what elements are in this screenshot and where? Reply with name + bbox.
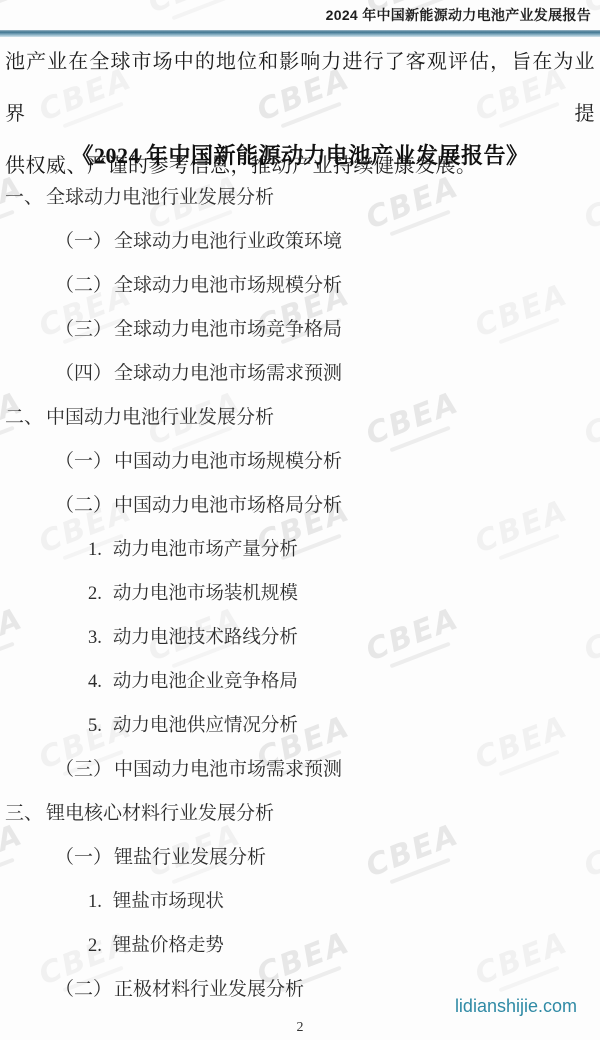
toc-item: （一）中国动力电池市场规模分析 [0, 450, 600, 474]
toc-item: （二）中国动力电池市场格局分析 [0, 494, 600, 518]
toc-item: （三）中国动力电池市场需求预测 [0, 758, 600, 782]
toc-marker: （三） [55, 319, 112, 340]
toc-marker: （二） [55, 495, 112, 516]
toc-item: 5.动力电池供应情况分析 [0, 714, 600, 738]
toc-title: 全球动力电池市场规模分析 [114, 275, 342, 296]
toc-marker: （一） [55, 847, 112, 868]
toc-marker: （二） [55, 275, 112, 296]
toc-title: 动力电池企业竞争格局 [113, 672, 298, 692]
toc-marker: （三） [55, 759, 112, 780]
toc-title: 中国动力电池行业发展分析 [46, 407, 274, 428]
toc-marker: （一） [55, 451, 112, 472]
toc-item: （四）全球动力电池市场需求预测 [0, 362, 600, 386]
page-content: 2024 年中国新能源动力电池产业发展报告 池产业在全球市场中的地位和影响力进行… [0, 0, 600, 1040]
toc-title: 全球动力电池市场需求预测 [114, 363, 342, 384]
toc-marker: 4. [88, 672, 102, 692]
toc-title: 动力电池供应情况分析 [113, 716, 298, 736]
toc-marker: 1. [88, 540, 102, 560]
page-number: 2 [0, 1020, 600, 1036]
toc-title: 动力电池市场装机规模 [113, 584, 298, 604]
toc-marker: 3. [88, 628, 102, 648]
toc-item: （三）全球动力电池市场竞争格局 [0, 318, 600, 342]
toc-title: 中国动力电池市场格局分析 [114, 495, 342, 516]
toc-item: 2.锂盐价格走势 [0, 934, 600, 958]
toc-item: 一、全球动力电池行业发展分析 [0, 186, 600, 210]
toc-marker: （四） [55, 363, 112, 384]
toc-title: 锂盐市场现状 [113, 892, 224, 912]
page-header-title: 2024 年中国新能源动力电池产业发展报告 [326, 5, 591, 25]
document-page: CBEACBEACBEACBEACBEACBEACBEACBEACBEACBEA… [0, 0, 600, 1040]
toc-title: 锂盐价格走势 [113, 936, 224, 956]
table-of-contents: 一、全球动力电池行业发展分析（一）全球动力电池行业政策环境（二）全球动力电池市场… [0, 186, 600, 1022]
document-title: 《2024 年中国新能源动力电池产业发展报告》 [0, 139, 600, 170]
toc-item: （二）全球动力电池市场规模分析 [0, 274, 600, 298]
toc-title: 动力电池市场产量分析 [113, 540, 298, 560]
toc-item: 4.动力电池企业竞争格局 [0, 670, 600, 694]
toc-title: 全球动力电池行业发展分析 [46, 187, 274, 208]
toc-marker: 1. [88, 892, 102, 912]
toc-item: 1.动力电池市场产量分析 [0, 538, 600, 562]
toc-marker: （二） [55, 979, 112, 1000]
intro-line-1: 池产业在全球市场中的地位和影响力进行了客观评估，旨在为业界提 [5, 36, 595, 140]
toc-marker: 2. [88, 936, 102, 956]
toc-title: 正极材料行业发展分析 [114, 979, 304, 1000]
toc-item: 3.动力电池技术路线分析 [0, 626, 600, 650]
toc-title: 中国动力电池市场需求预测 [114, 759, 342, 780]
toc-marker: 一、 [5, 187, 43, 208]
toc-marker: 2. [88, 584, 102, 604]
toc-marker: 三、 [5, 803, 43, 824]
toc-title: 中国动力电池市场规模分析 [114, 451, 342, 472]
toc-item: 1.锂盐市场现状 [0, 890, 600, 914]
site-link[interactable]: lidianshijie.com [455, 996, 577, 1017]
toc-item: （一）全球动力电池行业政策环境 [0, 230, 600, 254]
toc-item: （一）锂盐行业发展分析 [0, 846, 600, 870]
toc-title: 锂电核心材料行业发展分析 [46, 803, 274, 824]
toc-item: 2.动力电池市场装机规模 [0, 582, 600, 606]
toc-marker: （一） [55, 231, 112, 252]
toc-marker: 二、 [5, 407, 43, 428]
toc-title: 动力电池技术路线分析 [113, 628, 298, 648]
toc-title: 全球动力电池市场竞争格局 [114, 319, 342, 340]
toc-marker: 5. [88, 716, 102, 736]
toc-title: 全球动力电池行业政策环境 [114, 231, 342, 252]
toc-item: 二、中国动力电池行业发展分析 [0, 406, 600, 430]
toc-title: 锂盐行业发展分析 [114, 847, 266, 868]
toc-item: 三、锂电核心材料行业发展分析 [0, 802, 600, 826]
